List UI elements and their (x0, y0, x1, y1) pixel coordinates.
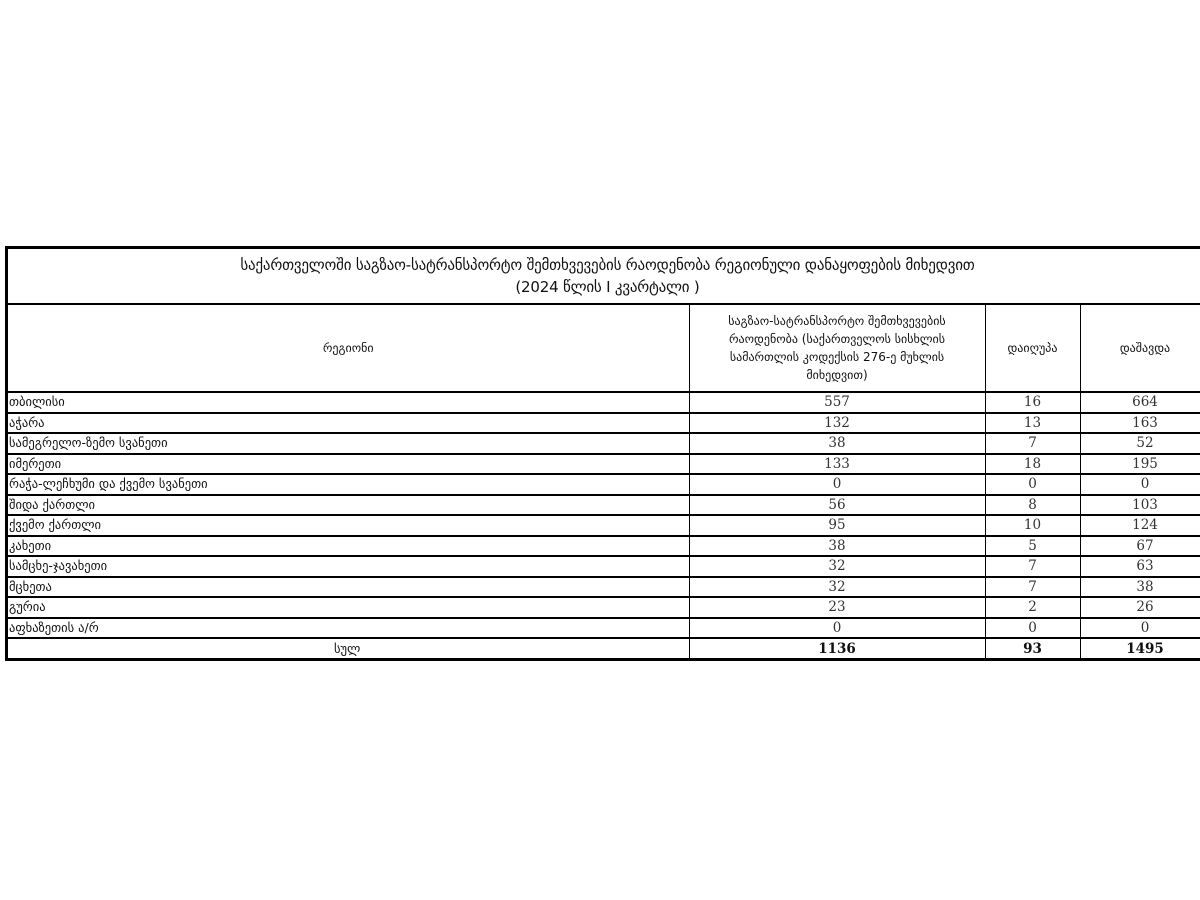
died-cell: 7 (985, 556, 1080, 577)
region-cell: აჭარა (8, 413, 689, 434)
table-row: იმერეთი13318195 (8, 454, 1200, 475)
region-cell: თბილისი (8, 392, 689, 413)
injured-cell: 195 (1080, 454, 1200, 475)
table-title-line-1: საქართველოში საგზაო-სატრანსპორტო შემთხვე… (240, 254, 974, 276)
table-row: კახეთი38567 (8, 536, 1200, 557)
region-cell: აფხაზეთის ა/რ (8, 618, 689, 639)
died-cell: 7 (985, 577, 1080, 598)
total-label: სულ (8, 638, 689, 658)
accidents-cell: 38 (689, 536, 985, 557)
region-cell: მცხეთა (8, 577, 689, 598)
region-cell: გურია (8, 597, 689, 618)
region-cell: შიდა ქართლი (8, 495, 689, 516)
table-row: შიდა ქართლი568103 (8, 495, 1200, 516)
died-cell: 8 (985, 495, 1080, 516)
died-cell: 7 (985, 433, 1080, 454)
injured-cell: 63 (1080, 556, 1200, 577)
injured-cell: 52 (1080, 433, 1200, 454)
header-row: რეგიონი საგზაო-სატრანსპორტო შემთხვევების… (8, 305, 1200, 392)
total-row: სულ 1136 93 1495 (8, 638, 1200, 658)
table-row: სამცხე-ჯავახეთი32763 (8, 556, 1200, 577)
table-body: თბილისი55716664აჭარა13213163სამეგრელო-ზე… (8, 392, 1200, 638)
died-cell: 13 (985, 413, 1080, 434)
region-cell: კახეთი (8, 536, 689, 557)
injured-cell: 124 (1080, 515, 1200, 536)
total-accidents: 1136 (689, 638, 985, 658)
table-title-line-2: (2024 წლის I კვარტალი ) (515, 276, 699, 298)
injured-cell: 26 (1080, 597, 1200, 618)
accidents-cell: 56 (689, 495, 985, 516)
accidents-cell: 0 (689, 474, 985, 495)
accidents-cell: 32 (689, 577, 985, 598)
table-row: სამეგრელო-ზემო სვანეთი38752 (8, 433, 1200, 454)
accidents-cell: 23 (689, 597, 985, 618)
table-title: საქართველოში საგზაო-სატრანსპორტო შემთხვე… (8, 249, 1200, 305)
injured-cell: 163 (1080, 413, 1200, 434)
table-row: აფხაზეთის ა/რ000 (8, 618, 1200, 639)
region-cell: სამცხე-ჯავახეთი (8, 556, 689, 577)
region-cell: რაჭა-ლეჩხუმი და ქვემო სვანეთი (8, 474, 689, 495)
injured-cell: 0 (1080, 474, 1200, 495)
injured-cell: 38 (1080, 577, 1200, 598)
header-region: რეგიონი (8, 305, 689, 392)
region-cell: იმერეთი (8, 454, 689, 475)
total-died: 93 (985, 638, 1080, 658)
injured-cell: 103 (1080, 495, 1200, 516)
accidents-cell: 32 (689, 556, 985, 577)
died-cell: 5 (985, 536, 1080, 557)
header-died: დაიღუპა (985, 305, 1080, 392)
injured-cell: 0 (1080, 618, 1200, 639)
accidents-cell: 95 (689, 515, 985, 536)
table-row: რაჭა-ლეჩხუმი და ქვემო სვანეთი000 (8, 474, 1200, 495)
died-cell: 2 (985, 597, 1080, 618)
died-cell: 10 (985, 515, 1080, 536)
died-cell: 0 (985, 618, 1080, 639)
injured-cell: 664 (1080, 392, 1200, 413)
accidents-cell: 0 (689, 618, 985, 639)
accidents-cell: 557 (689, 392, 985, 413)
accident-statistics-table-container: საქართველოში საგზაო-სატრანსპორტო შემთხვე… (5, 246, 1200, 661)
table-row: ქვემო ქართლი9510124 (8, 515, 1200, 536)
accidents-cell: 38 (689, 433, 985, 454)
total-injured: 1495 (1080, 638, 1200, 658)
accidents-cell: 132 (689, 413, 985, 434)
injured-cell: 67 (1080, 536, 1200, 557)
accident-statistics-table: რეგიონი საგზაო-სატრანსპორტო შემთხვევების… (8, 305, 1200, 658)
header-injured: დაშავდა (1080, 305, 1200, 392)
died-cell: 18 (985, 454, 1080, 475)
table-row: თბილისი55716664 (8, 392, 1200, 413)
accidents-cell: 133 (689, 454, 985, 475)
died-cell: 0 (985, 474, 1080, 495)
table-row: გურია23226 (8, 597, 1200, 618)
died-cell: 16 (985, 392, 1080, 413)
table-row: აჭარა13213163 (8, 413, 1200, 434)
header-accidents: საგზაო-სატრანსპორტო შემთხვევების რაოდენო… (689, 305, 985, 392)
region-cell: ქვემო ქართლი (8, 515, 689, 536)
table-row: მცხეთა32738 (8, 577, 1200, 598)
region-cell: სამეგრელო-ზემო სვანეთი (8, 433, 689, 454)
